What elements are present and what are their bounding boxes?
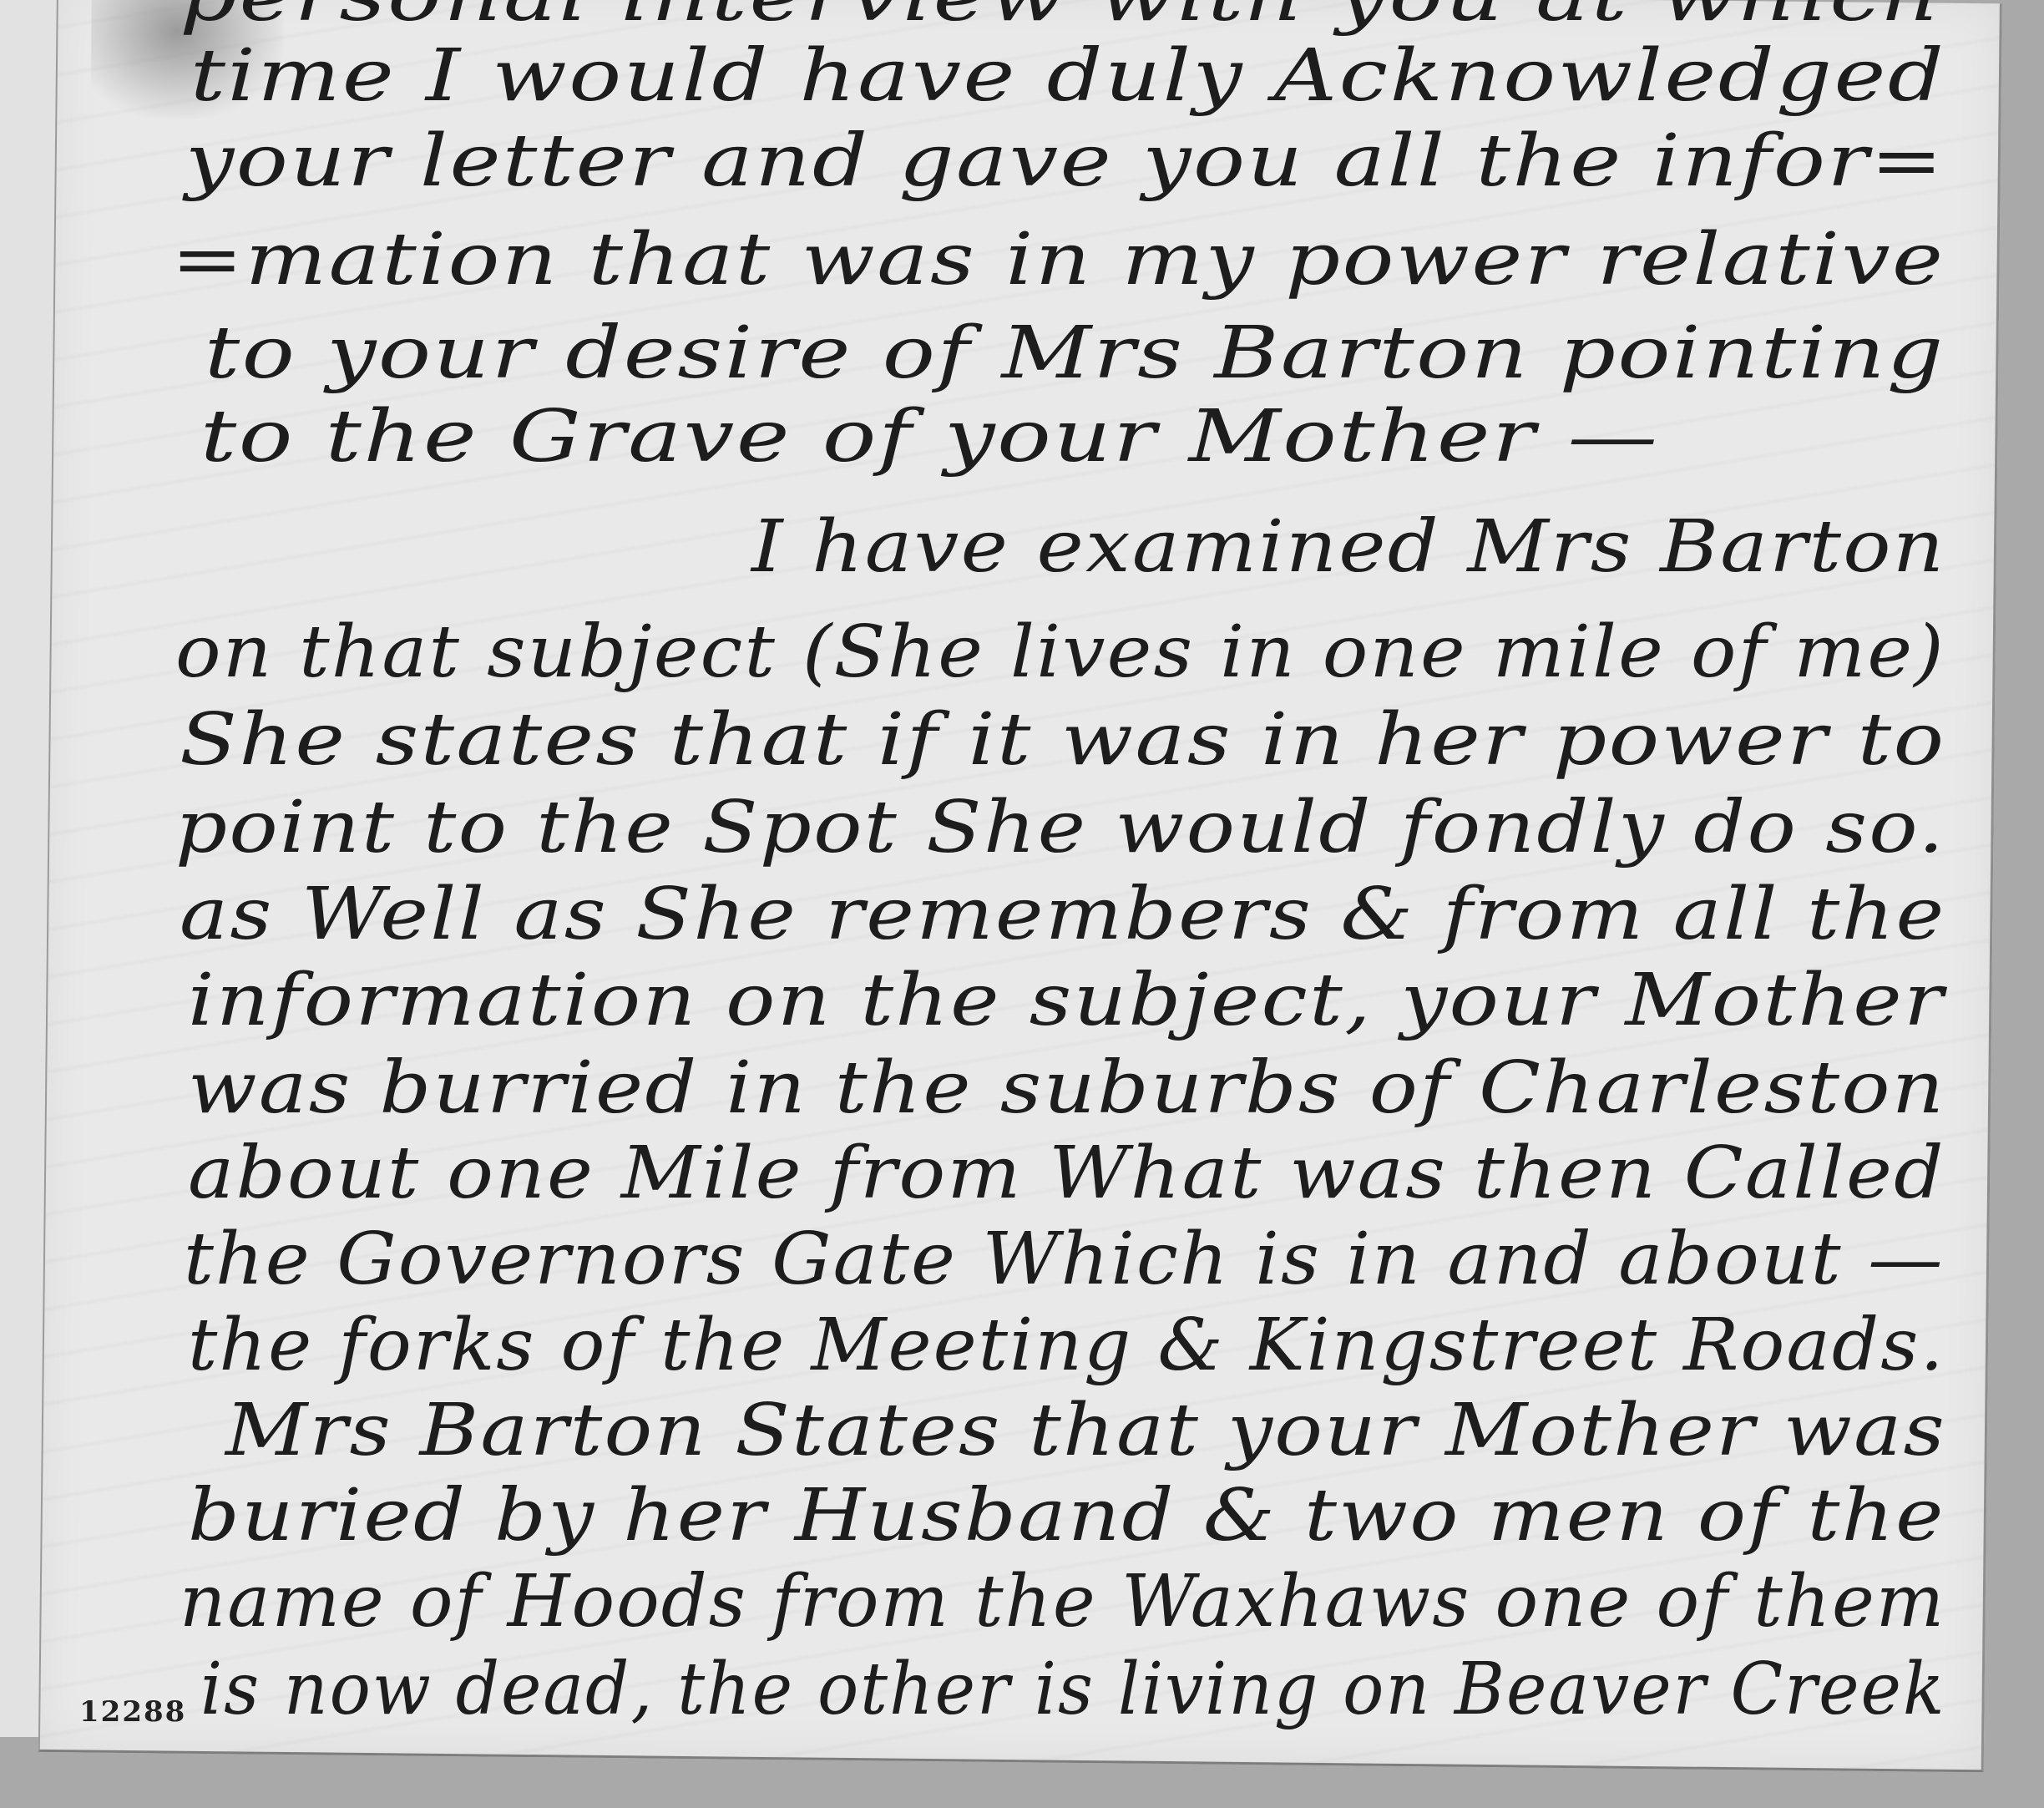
text-line-16: Mrs Barton States that your Mother was <box>225 1395 1946 1466</box>
text-line-15: the forks of the Meeting & Kingstreet Ro… <box>188 1309 1945 1381</box>
text-line-6: I have examined Mrs Barton <box>751 511 1945 583</box>
text-line-14: the Governors Gate Which is in and about… <box>184 1223 1945 1295</box>
text-line-19: is now dead, the other is living on Beav… <box>200 1654 1945 1725</box>
text-line-8: She states that if it was in her power t… <box>180 704 1945 776</box>
text-line-4: to your desire of Mrs Barton pointing <box>205 317 1945 389</box>
text-line-13: about one Mile from What was then Called <box>188 1137 1945 1209</box>
text-line-3: =mation that was in my power relative <box>171 224 1945 296</box>
text-line-2: your letter and gave you all the infor= <box>185 125 1945 197</box>
archive-stamp-number: 12288 <box>79 1695 186 1729</box>
text-line-0: personal interview with you at which <box>180 0 1942 32</box>
text-line-5: to the Grave of your Mother — <box>200 401 1660 473</box>
text-line-10: as Well as She remembers & from all the <box>180 879 1945 950</box>
text-line-18: name of Hoods from the Waxhaws one of th… <box>180 1566 1945 1638</box>
text-line-1: time I would have duly Acknowledged <box>190 40 1945 112</box>
text-line-17: buried by her Husband & two men of the <box>188 1480 1945 1552</box>
text-line-7: on that subject (She lives in one mile o… <box>175 616 1945 688</box>
text-line-11: information on the subject, your Mother <box>188 965 1945 1036</box>
text-line-9: point to the Spot She would fondly do so… <box>175 792 1945 863</box>
text-line-12: was burried in the suburbs of Charleston <box>188 1052 1945 1124</box>
